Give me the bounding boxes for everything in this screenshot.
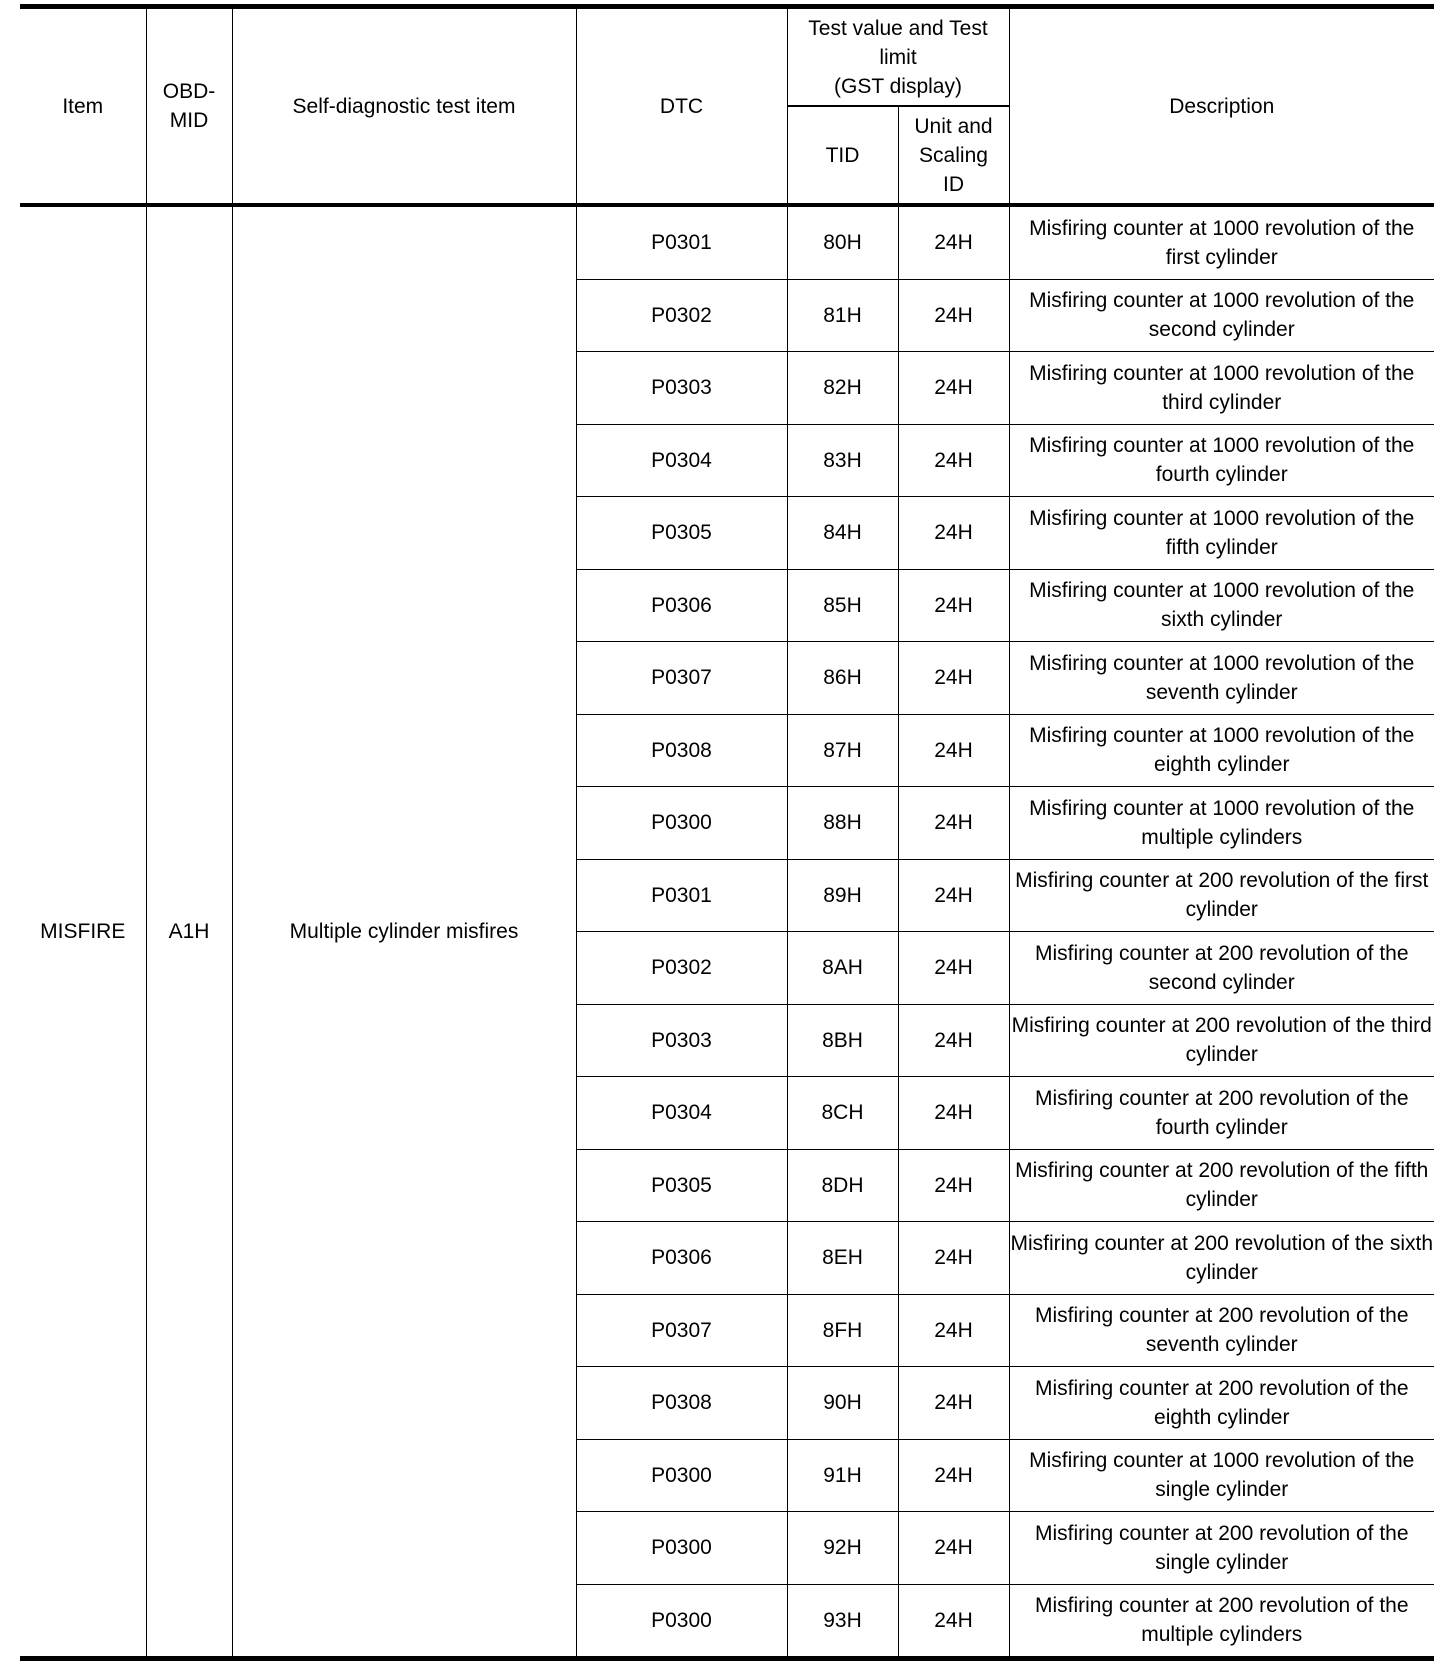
unit-scaling-cell: 24H: [898, 1512, 1009, 1585]
description-cell: Misfiring counter at 1000 revolution of …: [1009, 642, 1434, 715]
tid-cell: 82H: [787, 352, 898, 425]
description-cell: Misfiring counter at 200 revolution of t…: [1009, 1367, 1434, 1440]
description-cell: Misfiring counter at 1000 revolution of …: [1009, 1439, 1434, 1512]
header-item: Item: [20, 7, 146, 206]
dtc-cell: P0305: [576, 497, 787, 570]
description-cell: Misfiring counter at 200 revolution of t…: [1009, 1004, 1434, 1077]
unit-scaling-cell: 24H: [898, 1367, 1009, 1440]
unit-scaling-cell: 24H: [898, 1077, 1009, 1150]
dtc-cell: P0302: [576, 279, 787, 352]
tid-cell: 83H: [787, 424, 898, 497]
description-cell: Misfiring counter at 1000 revolution of …: [1009, 714, 1434, 787]
tid-cell: 87H: [787, 714, 898, 787]
unit-scaling-cell: 24H: [898, 932, 1009, 1005]
unit-scaling-cell: 24H: [898, 1004, 1009, 1077]
dtc-cell: P0301: [576, 205, 787, 279]
unit-scaling-cell: 24H: [898, 1222, 1009, 1295]
tid-cell: 81H: [787, 279, 898, 352]
description-cell: Misfiring counter at 200 revolution of t…: [1009, 1294, 1434, 1367]
unit-scaling-cell: 24H: [898, 642, 1009, 715]
header-description: Description: [1009, 7, 1434, 206]
description-cell: Misfiring counter at 200 revolution of t…: [1009, 932, 1434, 1005]
item-cell: MISFIRE: [20, 205, 146, 1659]
unit-scaling-cell: 24H: [898, 1584, 1009, 1659]
table-row: MISFIREA1HMultiple cylinder misfiresP030…: [20, 205, 1434, 279]
description-cell: Misfiring counter at 1000 revolution of …: [1009, 787, 1434, 860]
unit-scaling-cell: 24H: [898, 714, 1009, 787]
table-body: MISFIREA1HMultiple cylinder misfiresP030…: [20, 205, 1434, 1659]
description-cell: Misfiring counter at 1000 revolution of …: [1009, 497, 1434, 570]
dtc-cell: P0302: [576, 932, 787, 1005]
dtc-cell: P0300: [576, 787, 787, 860]
description-cell: Misfiring counter at 1000 revolution of …: [1009, 424, 1434, 497]
dtc-cell: P0303: [576, 1004, 787, 1077]
description-cell: Misfiring counter at 200 revolution of t…: [1009, 1149, 1434, 1222]
unit-scaling-cell: 24H: [898, 787, 1009, 860]
tid-cell: 92H: [787, 1512, 898, 1585]
unit-scaling-cell: 24H: [898, 1149, 1009, 1222]
obd-mid-cell: A1H: [146, 205, 232, 1659]
tid-cell: 90H: [787, 1367, 898, 1440]
description-cell: Misfiring counter at 1000 revolution of …: [1009, 205, 1434, 279]
header-unit-scaling-id: Unit and Scaling ID: [898, 106, 1009, 205]
dtc-cell: P0300: [576, 1512, 787, 1585]
dtc-cell: P0308: [576, 1367, 787, 1440]
description-cell: Misfiring counter at 200 revolution of t…: [1009, 1077, 1434, 1150]
tid-cell: 8FH: [787, 1294, 898, 1367]
dtc-cell: P0308: [576, 714, 787, 787]
dtc-cell: P0306: [576, 569, 787, 642]
test-item-cell: Multiple cylinder misfires: [232, 205, 576, 1659]
tid-cell: 86H: [787, 642, 898, 715]
tid-cell: 93H: [787, 1584, 898, 1659]
description-cell: Misfiring counter at 200 revolution of t…: [1009, 1222, 1434, 1295]
unit-scaling-cell: 24H: [898, 497, 1009, 570]
unit-scaling-cell: 24H: [898, 424, 1009, 497]
dtc-cell: P0301: [576, 859, 787, 932]
tid-cell: 91H: [787, 1439, 898, 1512]
tid-cell: 80H: [787, 205, 898, 279]
dtc-cell: P0307: [576, 1294, 787, 1367]
tid-cell: 84H: [787, 497, 898, 570]
description-cell: Misfiring counter at 1000 revolution of …: [1009, 569, 1434, 642]
unit-scaling-cell: 24H: [898, 1294, 1009, 1367]
tid-cell: 8AH: [787, 932, 898, 1005]
unit-scaling-cell: 24H: [898, 1439, 1009, 1512]
tid-cell: 8BH: [787, 1004, 898, 1077]
dtc-cell: P0304: [576, 424, 787, 497]
header-obd-mid: OBD- MID: [146, 7, 232, 206]
dtc-cell: P0304: [576, 1077, 787, 1150]
tid-cell: 89H: [787, 859, 898, 932]
tid-cell: 8DH: [787, 1149, 898, 1222]
obd-mid-misfire-table: Item OBD- MID Self-diagnostic test item …: [20, 4, 1434, 1661]
description-cell: Misfiring counter at 200 revolution of t…: [1009, 859, 1434, 932]
header-tid: TID: [787, 106, 898, 205]
tid-cell: 8EH: [787, 1222, 898, 1295]
description-cell: Misfiring counter at 1000 revolution of …: [1009, 279, 1434, 352]
description-cell: Misfiring counter at 200 revolution of t…: [1009, 1584, 1434, 1659]
dtc-cell: P0307: [576, 642, 787, 715]
unit-scaling-cell: 24H: [898, 205, 1009, 279]
description-cell: Misfiring counter at 200 revolution of t…: [1009, 1512, 1434, 1585]
description-cell: Misfiring counter at 1000 revolution of …: [1009, 352, 1434, 425]
header-test-value-group: Test value and Test limit (GST display): [787, 7, 1009, 107]
dtc-cell: P0300: [576, 1439, 787, 1512]
dtc-cell: P0305: [576, 1149, 787, 1222]
unit-scaling-cell: 24H: [898, 352, 1009, 425]
dtc-cell: P0300: [576, 1584, 787, 1659]
dtc-cell: P0306: [576, 1222, 787, 1295]
tid-cell: 8CH: [787, 1077, 898, 1150]
table-header: Item OBD- MID Self-diagnostic test item …: [20, 7, 1434, 206]
header-self-diagnostic-test-item: Self-diagnostic test item: [232, 7, 576, 206]
dtc-cell: P0303: [576, 352, 787, 425]
unit-scaling-cell: 24H: [898, 279, 1009, 352]
unit-scaling-cell: 24H: [898, 569, 1009, 642]
header-dtc: DTC: [576, 7, 787, 206]
tid-cell: 85H: [787, 569, 898, 642]
tid-cell: 88H: [787, 787, 898, 860]
unit-scaling-cell: 24H: [898, 859, 1009, 932]
